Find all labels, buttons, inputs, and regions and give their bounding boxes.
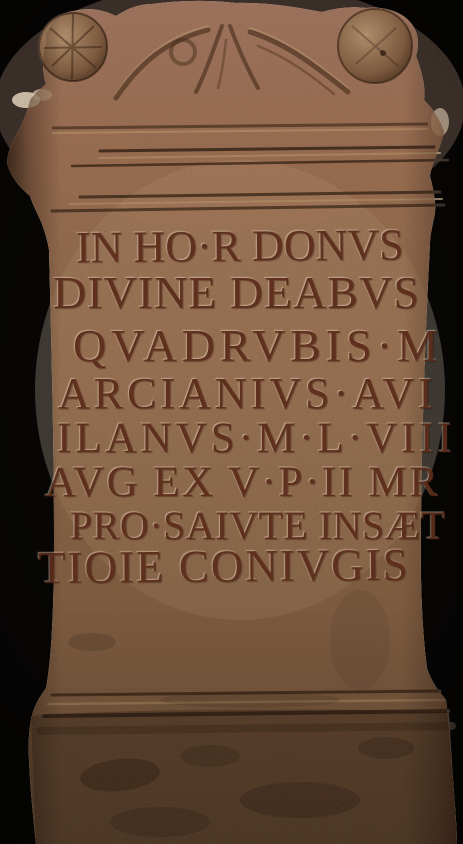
- altar-photo: IN HO·R DONVS DIVINE DEABVS QVADRVBIS·M …: [0, 0, 463, 844]
- inscription-line-1: IN HO·R DONVS: [76, 219, 404, 273]
- inscription-line-8: TIOIE CONIVGIS: [38, 539, 410, 594]
- inscription-line-2: DIVINE DEABVS: [53, 266, 420, 319]
- inscription-line-6: AVG EX V·P·II MR: [45, 458, 441, 507]
- inscription-line-3: QVADRVBIS·M: [73, 319, 443, 372]
- inscription-line-5: ILANVS·M·L·VIII: [57, 414, 456, 463]
- inscription-line-4: ARCIANIVS·AVI: [58, 368, 437, 419]
- inscription-panel: IN HO·R DONVS DIVINE DEABVS QVADRVBIS·M …: [0, 0, 463, 844]
